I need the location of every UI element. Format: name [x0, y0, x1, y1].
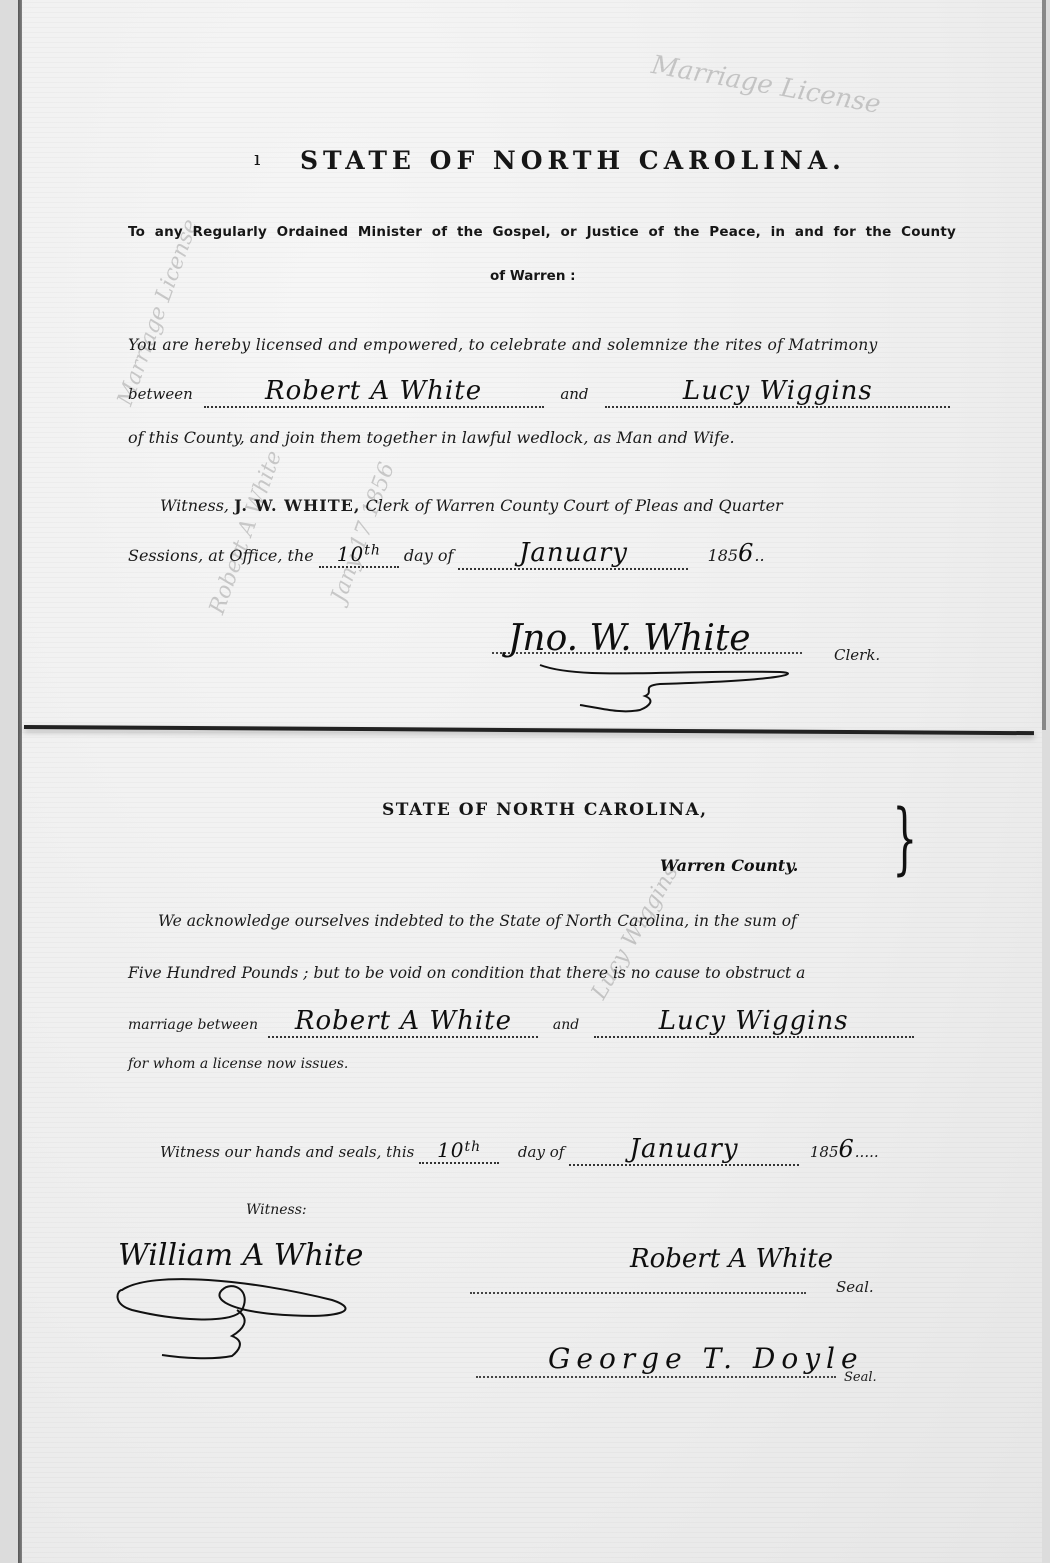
bond-heading: STATE OF NORTH CAROLINA, — [382, 800, 708, 820]
license-address-line1: To any Regularly Ordained Minister of th… — [128, 224, 956, 240]
bond-month-field: January — [569, 1134, 799, 1166]
witness-prefix: Witness, — [160, 496, 229, 515]
day-suffix: th — [364, 543, 381, 559]
license-body-line1: You are hereby licensed and empowered, t… — [128, 336, 878, 354]
and-label: and — [560, 385, 588, 403]
signatory1-signature: Robert A White — [630, 1244, 833, 1274]
signature-flourish — [520, 650, 820, 720]
seal-label-1: Seal. — [836, 1278, 874, 1296]
seal-label-2: Seal. — [844, 1370, 877, 1385]
license-date-line: Sessions, at Office, the 10th day of Jan… — [128, 538, 765, 570]
year-suffix: 6 — [738, 539, 754, 567]
and-label: and — [553, 1017, 579, 1033]
signatory2-signature: George T. Doyle — [548, 1342, 864, 1375]
license-between-line: between Robert A White and Lucy Wiggins — [128, 376, 950, 408]
bond-body-line1: We acknowledge ourselves indebted to the… — [158, 912, 797, 930]
bond-day-of-label: day of — [518, 1143, 564, 1161]
day-of-label: day of — [404, 546, 453, 565]
bond-county: Warren County. — [660, 856, 798, 875]
sessions-prefix: Sessions, at Office, the — [128, 546, 314, 565]
day-field: 10th — [319, 542, 399, 568]
bond-groom-field: Robert A White — [268, 1006, 538, 1038]
signatory2-line — [476, 1376, 836, 1378]
groom-field: Robert A White — [204, 376, 544, 408]
between-label: between — [128, 385, 193, 403]
bond-witness-date-line: Witness our hands and seals, this 10th d… — [160, 1134, 879, 1166]
clerk-title: Clerk of Warren County Court of Pleas an… — [366, 496, 783, 515]
bride-field: Lucy Wiggins — [605, 376, 950, 408]
clerk-label: Clerk. — [834, 646, 880, 664]
bond-marriage-line: marriage between Robert A White and Lucy… — [128, 1006, 914, 1038]
brace-mark: } — [892, 800, 917, 878]
marriage-label: marriage between — [128, 1017, 258, 1033]
month-field: January — [458, 538, 688, 570]
bond-month-value: January — [630, 1134, 739, 1164]
signatory1-line — [470, 1292, 806, 1294]
bond-year-suffix: 6 — [839, 1135, 855, 1163]
witness-signature: William A White — [118, 1238, 363, 1273]
witness-line-prefix: Witness our hands and seals, this — [160, 1143, 414, 1161]
ink-mark: ı — [254, 146, 265, 170]
bond-body-line2: Five Hundred Pounds ; but to be void on … — [128, 964, 805, 982]
license-address-line2: of Warren : — [490, 268, 576, 284]
bond-day-field: 10th — [419, 1138, 499, 1164]
bond-day-value: 10 — [437, 1138, 464, 1162]
bond-year-prefix: 185 — [810, 1143, 839, 1161]
bond-body-line4: for whom a license now issues. — [128, 1056, 348, 1072]
witness-label: Witness: — [246, 1202, 307, 1218]
groom-name: Robert A White — [265, 376, 482, 406]
license-body-line3: of this County, and join them together i… — [128, 428, 735, 447]
clerk-printed-name: J. W. WHITE, — [234, 496, 360, 515]
bride-name: Lucy Wiggins — [683, 376, 873, 406]
bond-bride-field: Lucy Wiggins — [594, 1006, 914, 1038]
bond-day-suffix: th — [465, 1139, 482, 1155]
scan-edge-right — [1042, 0, 1046, 730]
license-heading: ı STATE OF NORTH CAROLINA. — [300, 146, 846, 175]
bond-bride-name: Lucy Wiggins — [659, 1006, 849, 1036]
witness-signature-flourish — [112, 1270, 372, 1370]
license-heading-text: STATE OF NORTH CAROLINA. — [300, 146, 846, 175]
day-value: 10 — [337, 542, 364, 566]
year-prefix: 185 — [708, 546, 739, 565]
month-value: January — [519, 538, 628, 568]
bond-groom-name: Robert A White — [295, 1006, 512, 1036]
license-witness-line: Witness, J. W. WHITE, Clerk of Warren Co… — [160, 496, 783, 515]
